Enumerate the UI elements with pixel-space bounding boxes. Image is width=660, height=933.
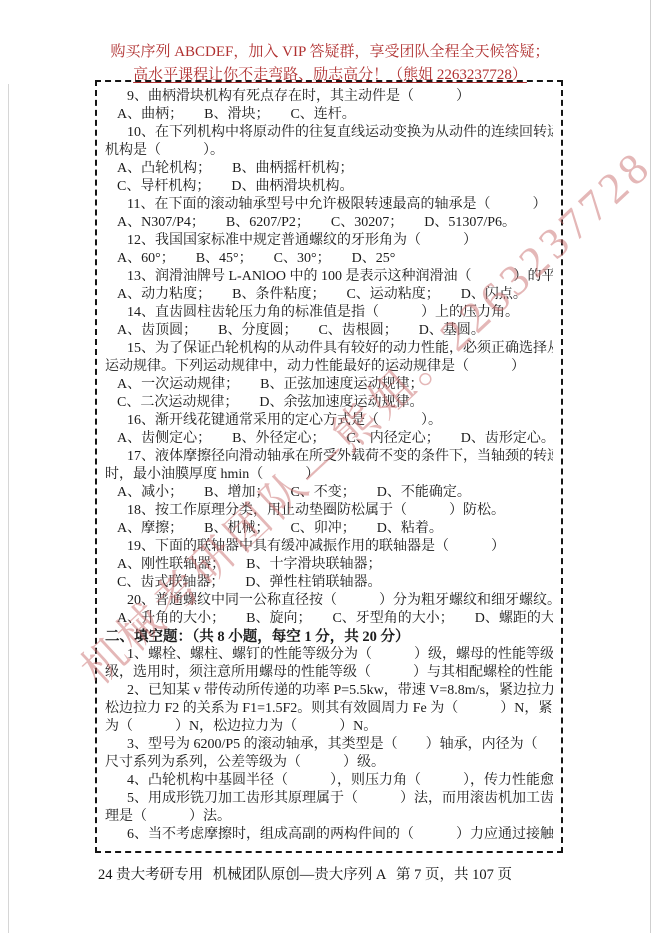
text-line: 运动规律。下列运动规律中，动力性能最好的运动规律是（ ） bbox=[105, 358, 553, 376]
header-line-1: 购买序列 ABCDEF，加入 VIP 答疑群，享受团队全程全天候答疑； bbox=[0, 41, 660, 64]
text-line: 理是（ ）法。 bbox=[105, 808, 553, 826]
text-line: 机构是（ ）。 bbox=[105, 142, 553, 160]
text-line: A、刚性联轴器； B、十字滑块联轴器； bbox=[105, 556, 553, 574]
text-line: 2、已知某 v 带传动所传递的功率 P=5.5kw，带速 V=8.8m/s，紧边… bbox=[105, 682, 553, 700]
text-line: 松边拉力 F2 的关系为 F1=1.5F2。则其有效圆周力 Fe 为（ ）N，紧… bbox=[105, 700, 553, 718]
text-line: 5、用成形铣刀加工齿形其原理属于（ ）法，而用滚齿机加工齿形其原 bbox=[105, 790, 553, 808]
text-line: 10、在下列机构中将原动件的往复直线运动变换为从动件的连续回转运动的 bbox=[105, 124, 553, 142]
text-line: A、减小； B、增加； C、不变； D、不能确定。 bbox=[105, 484, 553, 502]
text-line: A、一次运动规律； B、正弦加速度运动规律； bbox=[105, 376, 553, 394]
text-line: A、动力粘度； B、条件粘度； C、运动粘度； D、闪点。 bbox=[105, 286, 553, 304]
text-line: 17、液体摩擦径向滑动轴承在所受外载荷不变的条件下，当轴颈的转速增加 bbox=[105, 448, 553, 466]
text-line: 6、当不考虑摩擦时，组成高副的两构件间的（ ）力应通过接触点，并 bbox=[105, 826, 553, 844]
footer-source-label: 机械团队原创—贵大序列 A bbox=[213, 863, 387, 884]
footer-exam-label: 24 贵大考研专用 bbox=[98, 863, 203, 884]
text-line: A、60°； B、45°； C、30°； D、25° bbox=[105, 250, 553, 268]
text-line: 13、润滑油牌号 L-ANlOO 中的 100 是表示这种润滑油（ ）的平均值。 bbox=[105, 268, 553, 286]
text-line: C、导杆机构； D、曲柄滑块机构。 bbox=[105, 178, 553, 196]
text-line: 为（ ）N，松边拉力为（ ）N。 bbox=[105, 718, 553, 736]
question-box: 9、曲柄滑块机构有死点存在时，其主动件是（ ） A、曲柄； B、滑块； C、连杆… bbox=[95, 80, 563, 853]
text-line: 18、按工作原理分类，用止动垫圈防松属于（ ）防松。 bbox=[105, 502, 553, 520]
text-line: 11、在下面的滚动轴承型号中允许极限转速最高的轴承是（ ） bbox=[105, 196, 553, 214]
text-line: C、二次运动规律； D、余弦加速度运动规律。 bbox=[105, 394, 553, 412]
text-line: 20、普通螺纹中同一公称直径按（ ）分为粗牙螺纹和细牙螺纹。 bbox=[105, 592, 553, 610]
scan-edge-left bbox=[8, 84, 9, 933]
section-heading-fill-blank: 二、填空题：（共 8 小题，每空 1 分，共 20 分） bbox=[105, 628, 553, 646]
scan-edge-right bbox=[650, 0, 651, 933]
text-line: 尺寸系列为系列，公差等级为（ ）级。 bbox=[105, 754, 553, 772]
text-line: 3、型号为 6200/P5 的滚动轴承，其类型是（ ）轴承，内径为（ ）.mm bbox=[105, 736, 553, 754]
text-line: A、摩擦； B、机械； C、卯冲； D、粘着。 bbox=[105, 520, 553, 538]
text-line: A、升角的大小； B、旋向； C、牙型角的大小； D、螺距的大小。 bbox=[105, 610, 553, 628]
text-line: 19、下面的联轴器中具有缓冲减振作用的联轴器是（ ） bbox=[105, 538, 553, 556]
text-line: 14、直齿圆柱齿轮压力角的标准值是指（ ）上的压力角。 bbox=[105, 304, 553, 322]
text-line: A、齿侧定心； B、外径定心； C、内径定心； D、齿形定心。 bbox=[105, 430, 553, 448]
text-line: C、齿式联轴器； D、弹性柱销联轴器。 bbox=[105, 574, 553, 592]
text-line: A、曲柄； B、滑块； C、连杆。 bbox=[105, 106, 553, 124]
text-line: A、N307/P4； B、6207/P2； C、30207； D、51307/P… bbox=[105, 214, 553, 232]
text-line: 9、曲柄滑块机构有死点存在时，其主动件是（ ） bbox=[105, 88, 553, 106]
text-line: 16、渐开线花键通常采用的定心方式是（ ）。 bbox=[105, 412, 553, 430]
text-line: A、凸轮机构； B、曲柄摇杆机构； bbox=[105, 160, 553, 178]
footer-page-number: 第 7 页，共 107 页 bbox=[396, 863, 512, 884]
page-footer: 24 贵大考研专用 机械团队原创—贵大序列 A 第 7 页，共 107 页 bbox=[0, 863, 660, 884]
text-line: A、齿顶圆； B、分度圆； C、齿根圆； D、基圆。 bbox=[105, 322, 553, 340]
text-line: 1、螺栓、螺柱、螺钉的性能等级分为（ ）级，螺母的性能等级分为（ ） bbox=[105, 646, 553, 664]
text-line: 时，最小油膜厚度 hmin（ ） bbox=[105, 466, 553, 484]
text-line: 4、凸轮机构中基圆半径（ ），则压力角（ ），传力性能愈好。 bbox=[105, 772, 553, 790]
text-line: 15、为了保证凸轮机构的从动件具有较好的动力性能，必须正确选择从动件 bbox=[105, 340, 553, 358]
text-line: 12、我国国家标准中规定普通螺纹的牙形角为（ ） bbox=[105, 232, 553, 250]
text-line: 级，选用时，须注意所用螺母的性能等级（ ）与其相配螺栓的性能等级。 bbox=[105, 664, 553, 682]
